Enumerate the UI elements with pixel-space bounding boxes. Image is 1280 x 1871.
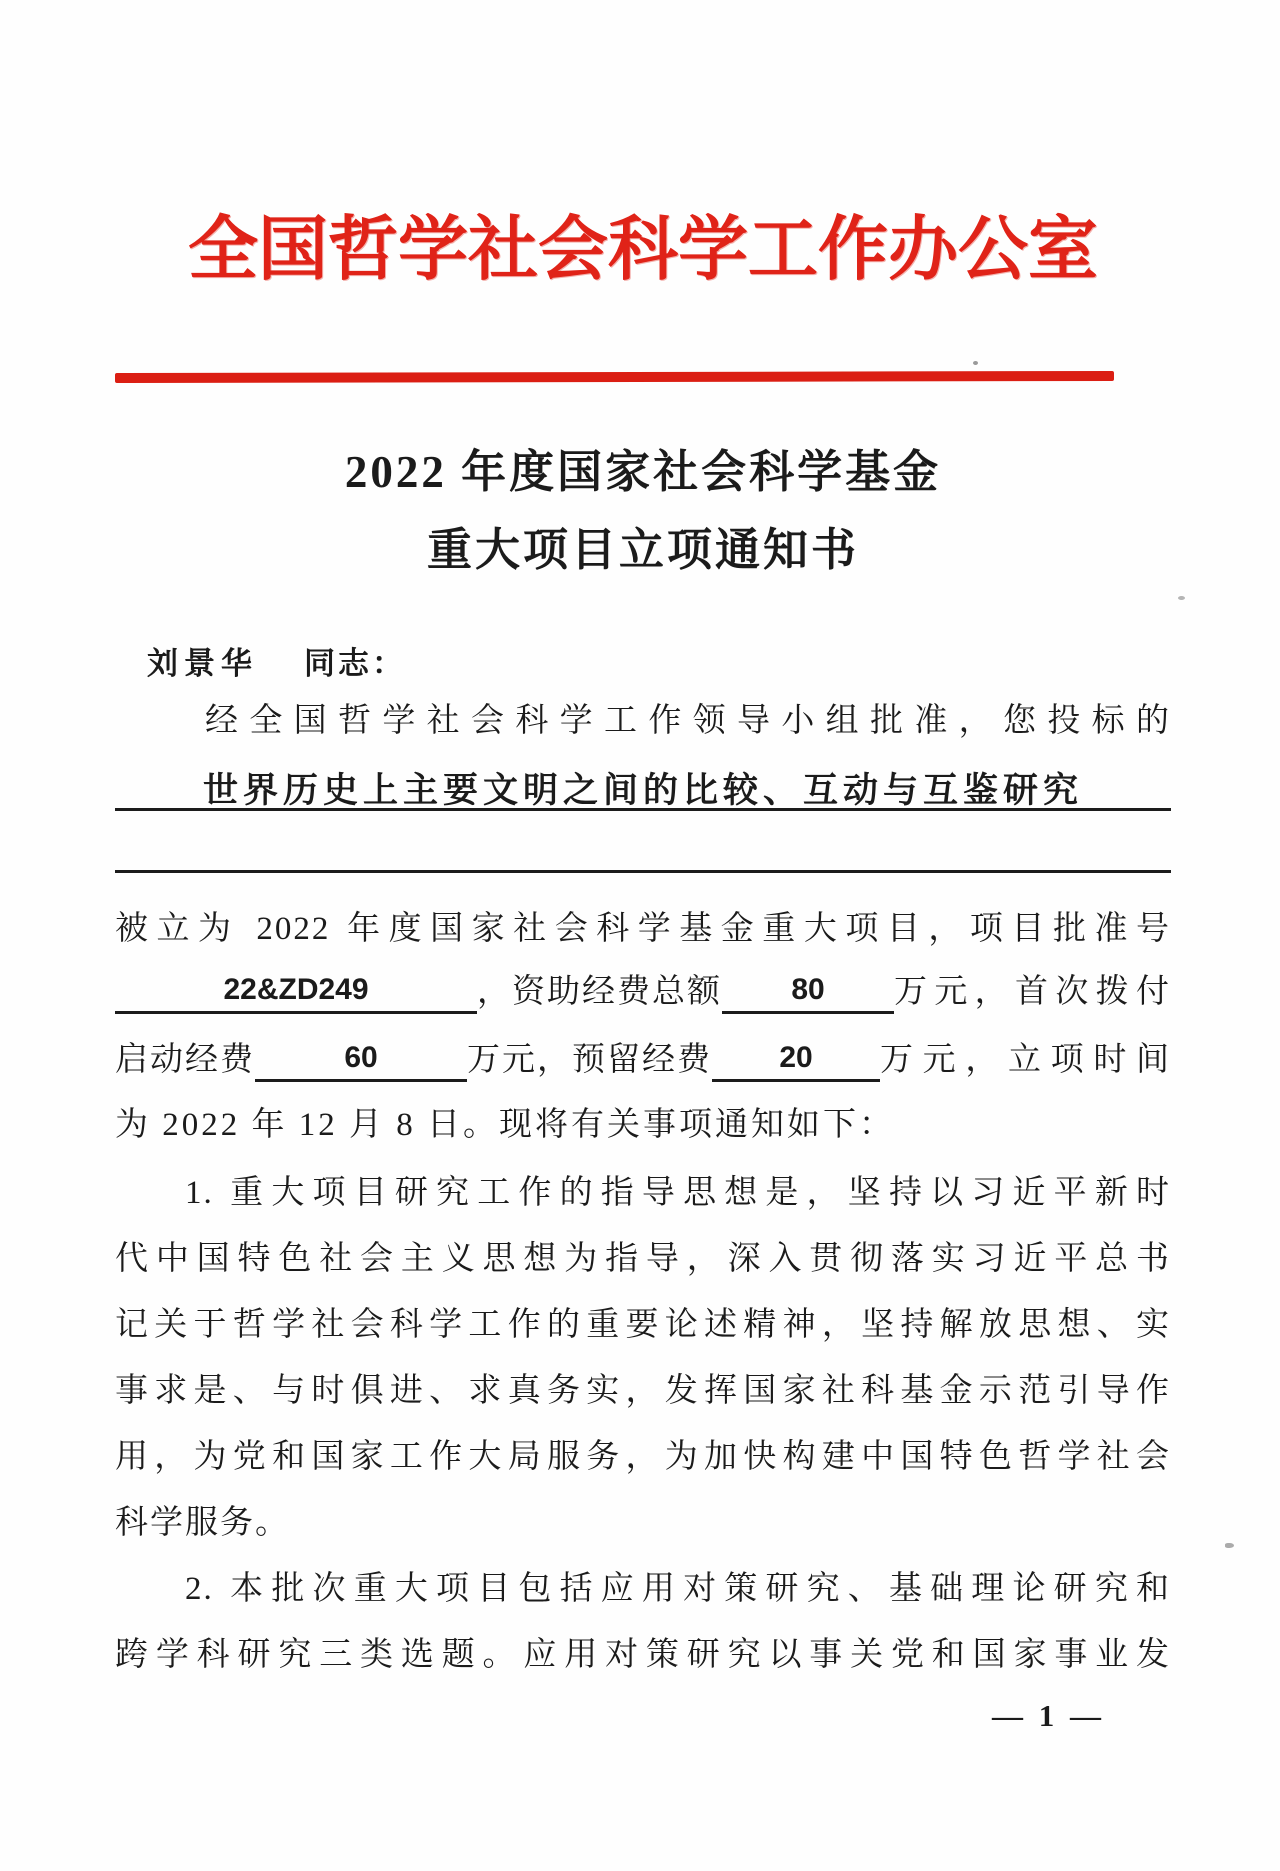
doc-title-line2: 重大项目立项通知书 xyxy=(115,521,1171,579)
total-funding-blank: 80 xyxy=(722,969,894,1014)
scan-speck xyxy=(973,361,978,365)
blank-underline xyxy=(115,811,1171,873)
approval-number-blank: 22&ZD249 xyxy=(115,969,477,1014)
startup-funding-blank: 60 xyxy=(255,1037,467,1082)
total-funding-label: ，资助经费总额 xyxy=(477,970,722,1014)
salutation-suffix: 同志： xyxy=(304,646,406,681)
approval-intro-line: 被立为 2022 年度国家社会科学基金重大项目，项目批准号 xyxy=(115,908,1171,950)
project-title-underlined: 世界历史上主要文明之间的比较、互动与互鉴研究 xyxy=(115,763,1171,811)
para1-line-5: 用，为党和国家工作大局服务，为加快构建中国特色哲学社会 xyxy=(115,1436,1171,1478)
funding-line-2: 启动经费 60 万元，预留经费 20 万元，立项时间 xyxy=(115,1036,1171,1082)
doc-title-line1: 2022 年度国家社会科学基金 xyxy=(115,443,1171,501)
recipient-name: 刘景华 xyxy=(147,646,258,681)
approval-number-value: 22&ZD249 xyxy=(223,973,368,1006)
page-number: — 1 — xyxy=(115,1698,1171,1734)
reserve-funding-value: 20 xyxy=(779,1041,812,1074)
salutation-line: 刘景华同志： xyxy=(115,638,1171,683)
page-content: 全国哲学社会科学工作办公室 2022 年度国家社会科学基金 重大项目立项通知书 … xyxy=(115,0,1171,1871)
startup-funding-label: 启动经费 xyxy=(115,1038,255,1082)
para2-line-1: 2. 本批次重大项目包括应用对策研究、基础理论研究和 xyxy=(115,1568,1171,1610)
document-page: 全国哲学社会科学工作办公室 2022 年度国家社会科学基金 重大项目立项通知书 … xyxy=(0,0,1280,1871)
para2-line-2: 跨学科研究三类选题。应用对策研究以事关党和国家事业发 xyxy=(115,1634,1171,1676)
header-rule xyxy=(115,371,1114,383)
scan-speck xyxy=(1225,1543,1234,1548)
para1-line-4: 事求是、与时俱进、求真务实，发挥国家社科基金示范引导作 xyxy=(115,1370,1171,1412)
total-funding-suffix: 万元，首次拨付 xyxy=(894,970,1171,1014)
startup-funding-value: 60 xyxy=(344,1041,377,1074)
para1-line-1: 1. 重大项目研究工作的指导思想是，坚持以习近平新时 xyxy=(115,1172,1171,1214)
para1-line-2: 代中国特色社会主义思想为指导，深入贯彻落实习近平总书 xyxy=(115,1238,1171,1280)
startup-funding-suffix: 万元，预留经费 xyxy=(467,1038,712,1082)
intro-line: 经全国哲学社会科学工作领导小组批准，您投标的 xyxy=(115,700,1171,742)
funding-line-1: 22&ZD249 ，资助经费总额 80 万元，首次拨付 xyxy=(115,968,1171,1014)
scan-speck xyxy=(1178,596,1185,600)
para1-line-6: 科学服务。 xyxy=(115,1502,1171,1544)
reserve-funding-suffix: 万元，立项时间 xyxy=(880,1038,1171,1082)
para1-line-3: 记关于哲学社会科学工作的重要论述精神，坚持解放思想、实 xyxy=(115,1304,1171,1346)
reserve-funding-blank: 20 xyxy=(712,1037,880,1082)
org-name-heading: 全国哲学社会科学工作办公室 xyxy=(115,205,1171,296)
approval-date-line: 为 2022 年 12 月 8 日。现将有关事项通知如下： xyxy=(115,1104,1171,1146)
total-funding-value: 80 xyxy=(791,973,824,1006)
